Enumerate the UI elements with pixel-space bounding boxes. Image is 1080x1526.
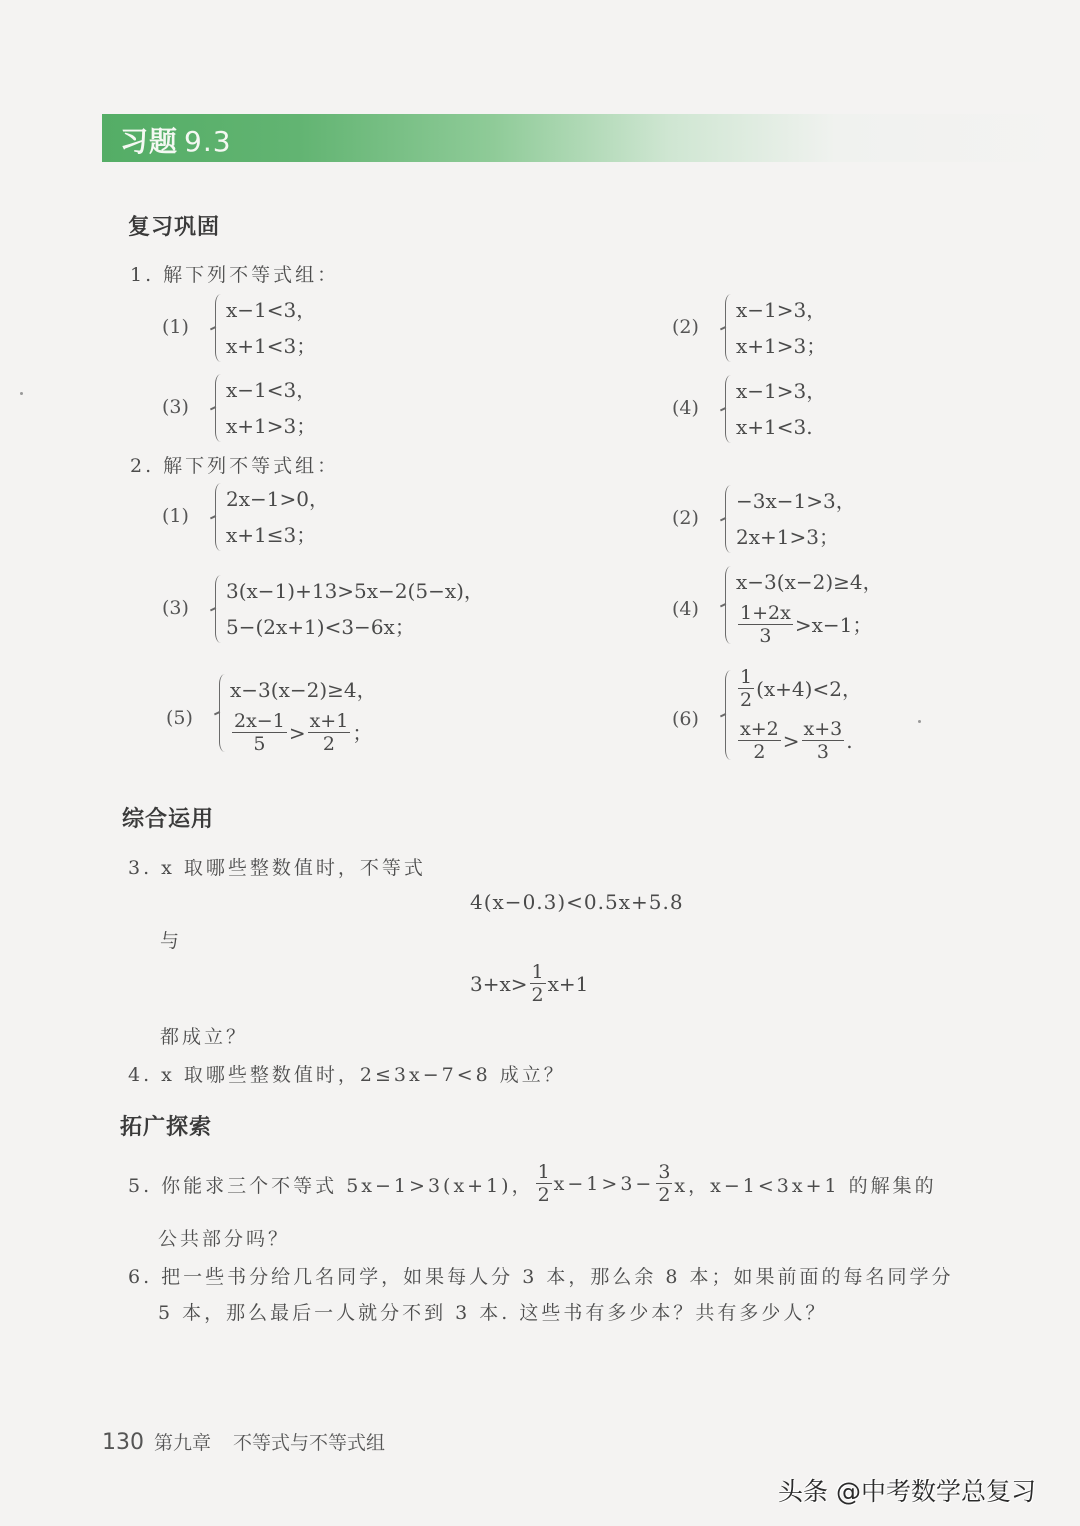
problem-3-inequality-1: 4(x−0.3)<0.5x+5.8 — [470, 890, 684, 914]
problem-3-tail: 都成立？ — [160, 1022, 248, 1049]
problem-2-3-label: (3) — [162, 597, 189, 619]
fraction: 1 2 — [738, 668, 754, 710]
problem-2-6-label: (6) — [672, 708, 699, 730]
equation-line: x+1≤3； — [226, 517, 329, 553]
fraction-denominator: 2 — [532, 984, 544, 1005]
equation-line: 2x−1>0， — [226, 481, 329, 517]
section-heading-exploration: 拓广探索 — [120, 1110, 212, 1141]
watermark: 头条 @中考数学总复习 — [778, 1472, 1036, 1508]
exercise-title: 习题9.3 — [120, 120, 232, 160]
equation-line: 2x+1>3； — [736, 519, 856, 555]
problem-2-1-system: 2x−1>0， x+1≤3； — [210, 481, 329, 553]
problem-1-1-system: x−1<3， x+1<3； — [210, 292, 316, 364]
brace-icon — [214, 672, 226, 754]
fraction-numerator: 1 — [530, 963, 546, 984]
inequality-right: x+1 — [548, 972, 589, 996]
chapter-label: 第九章 — [154, 1432, 211, 1454]
punctuation: . — [846, 731, 852, 751]
fraction: 2x−1 5 — [232, 712, 287, 754]
problem-2-3-system: 3(x−1)+13>5x−2(5−x)， 5−(2x+1)<3−6x； — [210, 573, 484, 645]
problem-1-4-label: (4) — [672, 397, 699, 419]
fraction-numerator: 1 — [738, 668, 754, 689]
fraction-numerator: 1 — [536, 1163, 552, 1184]
problem-4-text: 4. x 取哪些整数值时，2≤3x−7<8 成立？ — [128, 1060, 566, 1087]
scan-speck — [918, 720, 921, 723]
inequality-operator: > — [289, 723, 306, 743]
equation-line: 2x−1 5 > x+1 2 ； — [230, 712, 377, 754]
fraction-denominator: 2 — [658, 1184, 670, 1205]
page-number: 130 — [102, 1430, 144, 1455]
equation-line: x−3(x−2)≥4， — [230, 672, 377, 708]
equation-line: 1+2x 3 >x−1； — [736, 604, 883, 646]
problem-3-connector: 与 — [160, 926, 182, 953]
brace-icon — [720, 668, 732, 762]
fraction: 3 2 — [656, 1163, 672, 1205]
brace-icon — [720, 483, 732, 555]
fraction: 1+2x 3 — [738, 604, 793, 646]
brace-icon — [210, 573, 222, 645]
fraction: 1 2 — [536, 1163, 552, 1205]
problem-2-6-system: 1 2 (x+4)<2， x+2 2 > x+3 3 . — [720, 668, 862, 762]
equation-line: x−1>3， — [736, 292, 826, 328]
fraction: 1 2 — [530, 963, 546, 1005]
problem-5-prefix: 5. 你能求三个不等式 5x−1>3(x+1)， — [128, 1171, 534, 1198]
problem-6-line-2: 5 本，那么最后一人就分不到 3 本. 这些书有多少本？共有多少人？ — [158, 1298, 827, 1325]
inequality-operator: > — [783, 731, 800, 751]
fraction-denominator: 3 — [759, 625, 771, 646]
equation-line: x+1>3； — [226, 408, 316, 444]
equation-line: 5−(2x+1)<3−6x； — [226, 609, 484, 645]
brace-icon — [210, 372, 222, 444]
fraction-numerator: 1+2x — [738, 604, 793, 625]
fraction-denominator: 2 — [753, 741, 765, 762]
problem-1-1-label: (1) — [162, 316, 189, 338]
problem-1-3-label: (3) — [162, 396, 189, 418]
problem-1-2-label: (2) — [672, 316, 699, 338]
exercise-banner: 习题9.3 — [102, 114, 1080, 162]
section-heading-review: 复习巩固 — [128, 210, 220, 241]
textbook-page: 习题9.3 复习巩固 1. 解下列不等式组： (1) x−1<3， x+1<3；… — [0, 0, 1080, 1526]
fraction-denominator: 2 — [538, 1184, 550, 1205]
problem-2-2-system: −3x−1>3， 2x+1>3； — [720, 483, 856, 555]
equation-line: x+1<3. — [736, 409, 826, 445]
problem-5-suffix: x，x−1<3x+1 的解集的 — [674, 1171, 936, 1198]
fraction-numerator: x+3 — [802, 720, 845, 741]
problem-2-1-label: (1) — [162, 505, 189, 527]
fraction: x+2 2 — [738, 720, 781, 762]
equation-rest: (x+4)<2， — [756, 679, 862, 699]
equation-line: 1 2 (x+4)<2， — [736, 668, 862, 710]
problem-2-5-system: x−3(x−2)≥4， 2x−1 5 > x+1 2 ； — [214, 672, 377, 754]
problem-2-5-label: (5) — [166, 707, 193, 729]
equation-line: x+1>3； — [736, 328, 826, 364]
brace-icon — [720, 292, 732, 364]
problem-3-stem: 3. x 取哪些整数值时，不等式 — [128, 853, 426, 880]
fraction-numerator: x+2 — [738, 720, 781, 741]
punctuation: ； — [352, 723, 372, 743]
brace-icon — [720, 564, 732, 646]
brace-icon — [210, 292, 222, 364]
fraction-denominator: 5 — [253, 733, 265, 754]
exercise-title-label: 习题 — [120, 125, 178, 158]
fraction-numerator: 2x−1 — [232, 712, 287, 733]
problem-2-2-label: (2) — [672, 507, 699, 529]
equation-line: x−3(x−2)≥4， — [736, 564, 883, 600]
fraction-denominator: 3 — [817, 741, 829, 762]
fraction-numerator: x+1 — [308, 712, 351, 733]
problem-1-stem: 1. 解下列不等式组： — [130, 260, 339, 287]
equation-line: x−1>3， — [736, 373, 826, 409]
problem-6-line-1: 6. 把一些书分给几名同学，如果每人分 3 本，那么余 8 本；如果前面的每名同… — [128, 1262, 954, 1289]
equation-line: −3x−1>3， — [736, 483, 856, 519]
problem-5-line-1: 5. 你能求三个不等式 5x−1>3(x+1)， 1 2 x−1>3− 3 2 … — [128, 1163, 937, 1205]
equation-line: x−1<3， — [226, 292, 316, 328]
problem-5-line-2: 公共部分吗？ — [158, 1224, 290, 1251]
problem-3-inequality-2: 3+x> 1 2 x+1 — [470, 963, 588, 1005]
problem-2-4-label: (4) — [672, 598, 699, 620]
equation-rest: >x−1； — [795, 615, 873, 635]
problem-2-4-system: x−3(x−2)≥4， 1+2x 3 >x−1； — [720, 564, 883, 646]
equation-line: x+2 2 > x+3 3 . — [736, 720, 862, 762]
fraction: x+1 2 — [308, 712, 351, 754]
scan-speck — [20, 392, 23, 395]
problem-1-2-system: x−1>3， x+1>3； — [720, 292, 826, 364]
page-footer: 130第九章不等式与不等式组 — [102, 1428, 385, 1455]
brace-icon — [210, 481, 222, 553]
section-heading-application: 综合运用 — [122, 802, 214, 833]
fraction: x+3 3 — [802, 720, 845, 762]
equation-line: 3(x−1)+13>5x−2(5−x)， — [226, 573, 484, 609]
equation-line: x+1<3； — [226, 328, 316, 364]
problem-1-3-system: x−1<3， x+1>3； — [210, 372, 316, 444]
equation-line: x−1<3， — [226, 372, 316, 408]
exercise-number: 9.3 — [184, 125, 232, 158]
fraction-denominator: 2 — [740, 689, 752, 710]
brace-icon — [720, 373, 732, 445]
problem-1-4-system: x−1>3， x+1<3. — [720, 373, 826, 445]
fraction-numerator: 3 — [656, 1163, 672, 1184]
problem-2-stem: 2. 解下列不等式组： — [130, 451, 339, 478]
inequality-left: 3+x> — [470, 972, 528, 996]
chapter-title: 不等式与不等式组 — [233, 1432, 385, 1454]
problem-5-middle: x−1>3− — [554, 1173, 655, 1195]
fraction-denominator: 2 — [323, 733, 335, 754]
